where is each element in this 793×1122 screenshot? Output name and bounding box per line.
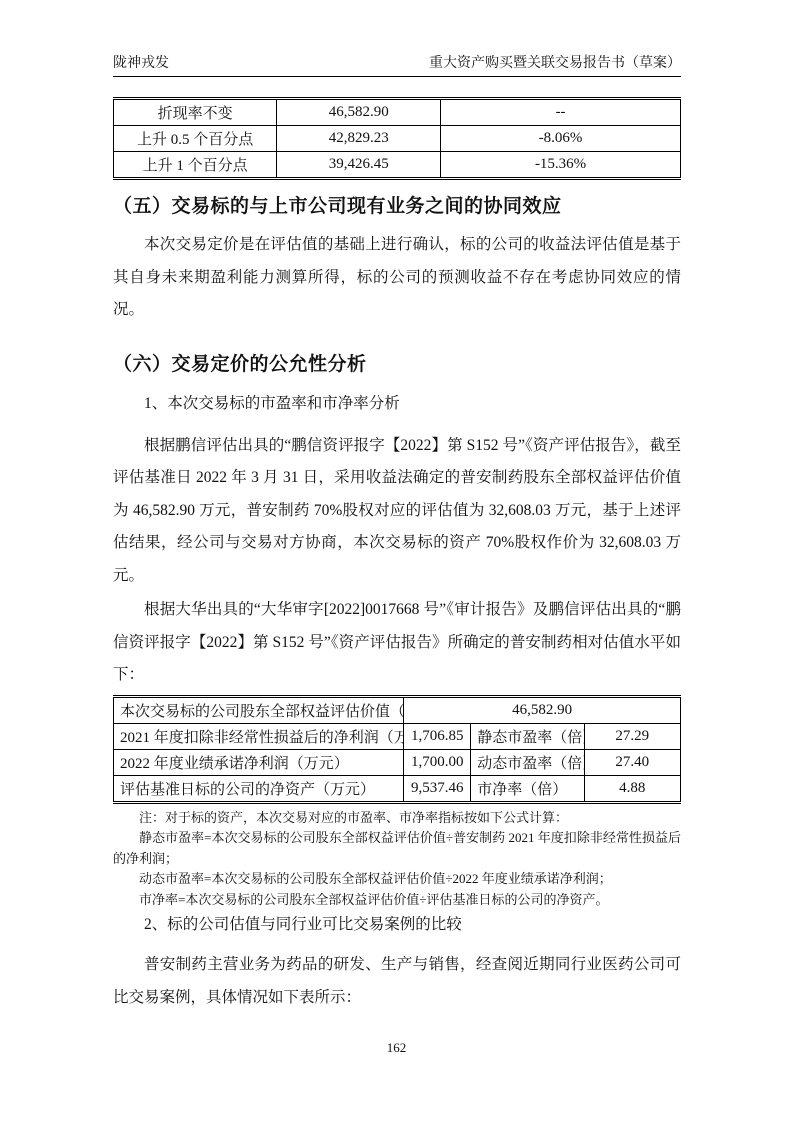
table-cell-metric-value: 27.29 (584, 723, 680, 749)
table-cell-scenario: 上升 1 个百分点 (114, 152, 277, 179)
page-header: 陇神戎发 重大资产购买暨关联交易报告书（草案） (113, 0, 681, 77)
note-line: 注：对于标的资产，本次交易对应的市盈率、市净率指标按如下公式计算： (113, 808, 681, 829)
subsection-1-title: 1、本次交易标的市盈率和市净率分析 (113, 393, 681, 414)
paragraph-synergy: 本次交易定价是在评估值的基础上进行确认，标的公司的收益法评估值是基于其自身未来期… (113, 229, 681, 327)
table-cell-metric: 市净率（倍） (471, 775, 584, 802)
paragraph-reports-reference: 根据大华出具的“大华审字[2022]0017668 号”《审计报告》及鹏信评估出… (113, 594, 681, 692)
table-row: 上升 0.5 个百分点 42,829.23 -8.06% (114, 126, 681, 152)
paragraph-comparable-cases: 普安制药主营业务为药品的研发、生产与销售，经查阅近期同行业医药公司可比交易案例，… (113, 949, 681, 1014)
table-row: 上升 1 个百分点 39,426.45 -15.36% (114, 152, 681, 179)
table-cell-change: -- (441, 99, 681, 126)
table-cell-label: 2022 年度业绩承诺净利润（万元） (114, 749, 404, 775)
table-cell-value: 39,426.45 (277, 152, 441, 179)
table-cell-metric-value: 4.88 (584, 775, 680, 802)
table-cell-value: 1,706.85 (404, 723, 471, 749)
table-cell-value: 46,582.90 (404, 696, 681, 723)
document-page: 陇神戎发 重大资产购买暨关联交易报告书（草案） 折现率不变 46,582.90 … (0, 0, 793, 1122)
table-cell-label: 评估基准日标的公司的净资产（万元） (114, 775, 404, 802)
table-row: 折现率不变 46,582.90 -- (114, 99, 681, 126)
section-6-heading: （六）交易定价的公允性分析 (113, 352, 681, 378)
note-line: 市净率=本次交易标的公司股东全部权益评估价值÷评估基准日标的公司的净资产。 (113, 890, 681, 911)
table-row: 本次交易标的公司股东全部权益评估价值（万元） 46,582.90 (114, 696, 681, 723)
note-line: 动态市盈率=本次交易标的公司股东全部权益评估价值÷2022 年度业绩承诺净利润； (113, 869, 681, 890)
table-cell-change: -8.06% (441, 126, 681, 152)
table-cell-value: 46,582.90 (277, 99, 441, 126)
page-number: 162 (0, 1040, 793, 1056)
header-right-title: 重大资产购买暨关联交易报告书（草案） (429, 55, 681, 73)
table-cell-scenario: 上升 0.5 个百分点 (114, 126, 277, 152)
table-cell-metric: 静态市盈率（倍） (471, 723, 584, 749)
note-line: 静态市盈率=本次交易标的公司股东全部权益评估价值÷普安制药 2021 年度扣除非… (113, 828, 681, 869)
table-cell-metric-value: 27.40 (584, 749, 680, 775)
table-cell-metric: 动态市盈率（倍） (471, 749, 584, 775)
table-notes: 注：对于标的资产，本次交易对应的市盈率、市净率指标按如下公式计算： 静态市盈率=… (113, 808, 681, 911)
table-cell-label: 本次交易标的公司股东全部权益评估价值（万元） (114, 696, 404, 723)
sensitivity-table: 折现率不变 46,582.90 -- 上升 0.5 个百分点 42,829.23… (113, 97, 681, 180)
table-cell-value: 1,700.00 (404, 749, 471, 775)
table-cell-change: -15.36% (441, 152, 681, 179)
page-content: 陇神戎发 重大资产购买暨关联交易报告书（草案） 折现率不变 46,582.90 … (113, 0, 681, 1014)
paragraph-valuation-basis: 根据鹏信评估出具的“鹏信资评报字【2022】第 S152 号”《资产评估报告》，… (113, 430, 681, 593)
valuation-table: 本次交易标的公司股东全部权益评估价值（万元） 46,582.90 2021 年度… (113, 695, 681, 804)
table-cell-label: 2021 年度扣除非经常性损益后的净利润（万元） (114, 723, 404, 749)
header-left-title: 陇神戎发 (113, 55, 169, 73)
subsection-2-title: 2、标的公司估值与同行业可比交易案例的比较 (113, 914, 681, 935)
table-row: 2021 年度扣除非经常性损益后的净利润（万元） 1,706.85 静态市盈率（… (114, 723, 681, 749)
table-cell-value: 9,537.46 (404, 775, 471, 802)
table-cell-scenario: 折现率不变 (114, 99, 277, 126)
table-row: 评估基准日标的公司的净资产（万元） 9,537.46 市净率（倍） 4.88 (114, 775, 681, 802)
section-5-heading: （五）交易标的与上市公司现有业务之间的协同效应 (113, 194, 681, 220)
table-row: 2022 年度业绩承诺净利润（万元） 1,700.00 动态市盈率（倍） 27.… (114, 749, 681, 775)
table-cell-value: 42,829.23 (277, 126, 441, 152)
